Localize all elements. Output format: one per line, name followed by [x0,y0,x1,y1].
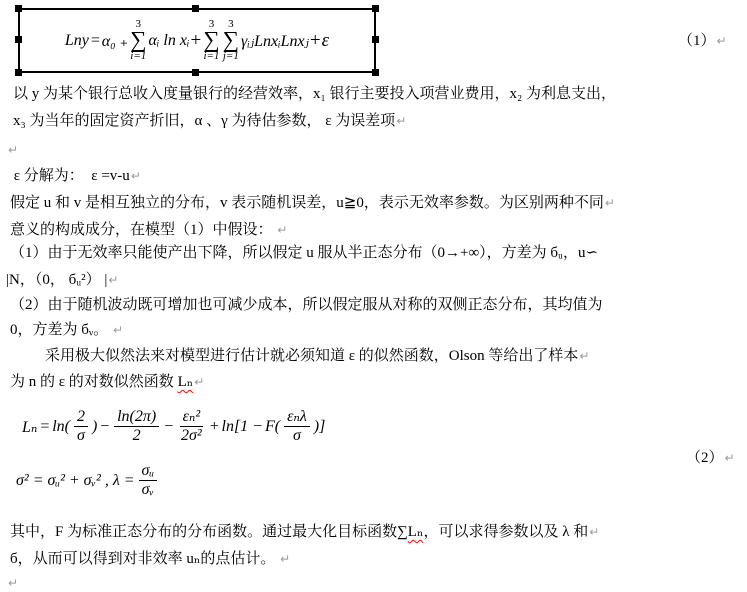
frac-denominator: σᵥ [139,481,157,499]
frac-denominator: σ [74,427,88,445]
paragraph-line: x₃ 为当年的固定资产折旧，α 、γ 为待估参数， ε 为误差项↵ [13,111,406,132]
frac-numerator: εₙλ [284,408,310,427]
paragraph-line: |N，（0， бᵤ²） |↵ [6,270,118,291]
fraction: εₙλ σ [284,408,310,446]
paragraph-line: （1）由于无效率只能使产出下降，所以假定 u 服从半正态分布（0→+∞），方差为… [10,243,598,264]
paragraph-line: 以 y 为某个银行总收入度量银行的经营效率，x₁ 银行主要投入项营业费用，x₂ … [13,84,616,105]
paragraph-line: （2）由于随机波动既可增加也可减少成本，所以假定服从对称的双侧正态分布，其均值为 [10,295,603,316]
selection-handle-mid-right[interactable] [372,36,379,43]
paragraph-mark-icon: ↵ [112,323,123,337]
eq1-term2: γᵢⱼLnxᵢLnxⱼ [241,31,309,51]
eq2-equals: = [39,418,50,436]
frac-denominator: σ [290,427,304,445]
fraction: 2 σ [74,408,88,446]
paragraph-mark-icon: ↵ [8,143,18,157]
equation-2-number: （2）↵ [686,446,735,467]
frac-denominator: 2σ² [178,427,205,445]
sum3-lower: j=1 [223,51,239,62]
paragraph-mark-icon: ↵ [276,223,287,237]
eq1-sum1: 3 ∑ i=1 [130,19,146,62]
eq1-term1: αᵢ ln xᵢ [149,32,190,50]
eq2-plus: + [209,418,220,436]
eq2-minus1: − [99,418,110,436]
paragraph-mark-icon: ↵ [107,273,118,287]
paragraph-mark-icon: ↵ [279,552,290,566]
paragraph-mark-icon: ↵ [588,525,599,539]
eq1-alpha0: α₀ ₊ [102,31,128,51]
paragraph-line: 采用极大似然法来对模型进行估计就必须知道 ε 的似然函数，Olson 等给出了样… [45,346,589,367]
equation-2-line2: σ² = σᵤ² + σᵥ² , λ = σᵤ σᵥ [16,462,159,500]
frac-numerator: σᵤ [139,462,158,481]
equation-1-formula: Lny = α₀ ₊ 3 ∑ i=1 αᵢ ln xᵢ + 3 ∑ i=1 3 … [65,19,329,62]
eq1-epsilon: ε [322,30,330,52]
frac-numerator: 2 [74,408,88,427]
paragraph-mark-icon: ↵ [8,576,18,590]
frac-numerator: ln(2π) [114,408,159,427]
eq2-sigma-identity: σ² = σᵤ² + σᵥ² , λ = [16,472,135,490]
spellcheck-flagged-term: Lₙ [408,524,424,540]
eq2-minus2: − [163,418,174,436]
eq2-ln1: ln( [52,418,70,436]
document-page: { "document": { "marks": { "pilcrow": "↵… [0,0,747,592]
selection-handle-top-right[interactable] [372,5,379,12]
paragraph-line: 意义的构成成分，在模型（1）中假设： ↵ [10,220,287,241]
sigma-icon: ∑ [130,30,146,51]
paragraph-mark-icon: ↵ [395,114,406,128]
paragraph-mark-icon: ↵ [193,375,204,389]
eq2-close2: )] [314,418,326,436]
paragraph-line: ε 分解为： ε =v-u↵ [10,166,141,187]
sum2-lower: i=1 [203,51,219,62]
paragraph-line: 其中，F 为标准正态分布的分布函数。通过最大化目标函数∑Lₙ，可以求得参数以及 … [10,522,599,543]
frac-denominator: 2 [130,427,144,445]
sigma-icon: ∑ [223,30,239,51]
paragraph-line: 为 n 的 ε 的对数似然函数 Lₙ↵ [10,372,204,393]
selection-handle-mid-left[interactable] [15,36,22,43]
fraction: σᵤ σᵥ [139,462,158,500]
eq1-equals: = [90,32,101,50]
spellcheck-flagged-term: Lₙ [178,374,194,390]
sigma-icon: ∑ [203,30,219,51]
equation-object-1[interactable]: Lny = α₀ ₊ 3 ∑ i=1 αᵢ ln xᵢ + 3 ∑ i=1 3 … [18,8,376,73]
paragraph-mark-icon: ↵ [724,451,735,465]
paragraph-mark-icon: ↵ [716,34,727,48]
eq2-close1: ) [92,418,97,436]
selection-handle-bottom-center[interactable] [192,69,199,76]
eq1-sum3: 3 ∑ j=1 [223,19,239,62]
equation-2-line1: Lₙ = ln( 2 σ ) − ln(2π) 2 − εₙ² 2σ² + ln… [22,408,325,446]
eq2-F: F( [265,418,280,436]
eq2-ln2: ln[1 − [222,418,263,436]
eq1-lhs: Lny [65,32,89,50]
paragraph-line: б，从而可以得到对非效率 uₙ的点估计。 ↵ [10,549,290,570]
fraction: εₙ² 2σ² [178,408,205,446]
paragraph-mark-icon: ↵ [130,169,141,183]
paragraph-mark-icon: ↵ [578,349,589,363]
paragraph-mark-icon: ↵ [604,196,615,210]
eq2-lhs: Lₙ [22,417,37,437]
paragraph-line: 0，方差为 бᵥ。 ↵ [10,320,123,341]
selection-handle-top-center[interactable] [192,5,199,12]
equation-1-number: （1）↵ [678,29,727,50]
sum1-lower: i=1 [130,51,146,62]
fraction: ln(2π) 2 [114,408,159,446]
eq1-plus2: + [310,30,321,52]
selection-handle-top-left[interactable] [15,5,22,12]
selection-handle-bottom-right[interactable] [372,69,379,76]
selection-handle-bottom-left[interactable] [15,69,22,76]
paragraph-line: 假定 u 和 v 是相互独立的分布，v 表示随机误差，u≧0，表示无效率参数。为… [10,193,615,214]
frac-numerator: εₙ² [180,408,204,427]
eq1-plus1: + [191,30,202,52]
eq1-sum2: 3 ∑ i=1 [203,19,219,62]
